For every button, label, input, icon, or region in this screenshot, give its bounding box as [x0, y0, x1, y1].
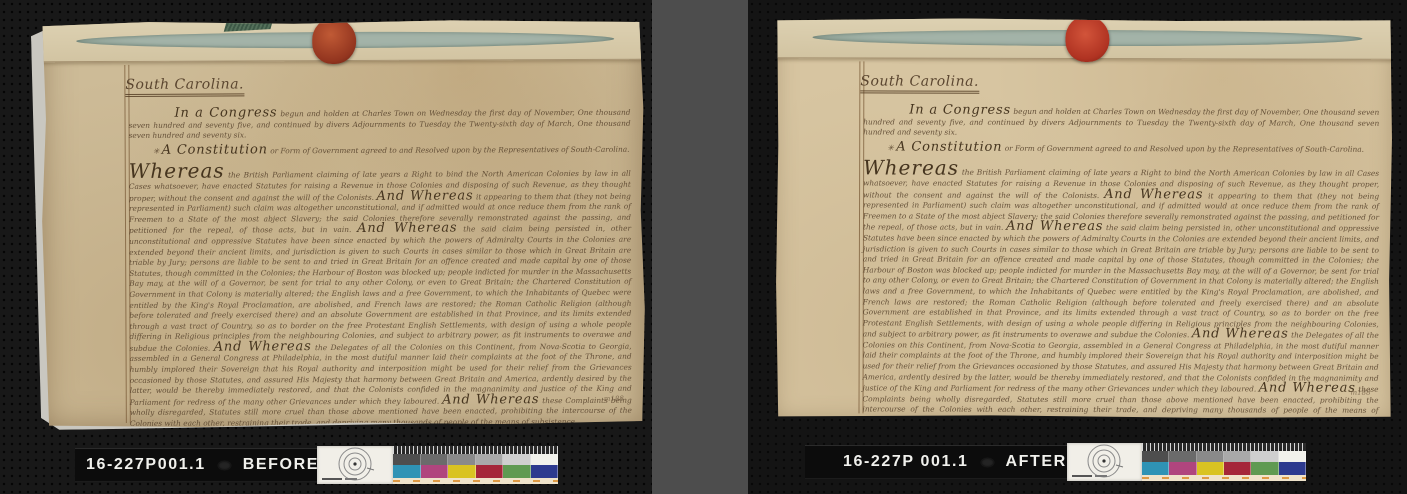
constitution-line: ✳ A Constitution or Form of Government a… [863, 142, 1379, 155]
focus-target-card [1067, 443, 1142, 481]
focus-target-icon [317, 446, 393, 484]
after-panel: South Carolina. In a Congress begun and … [748, 0, 1407, 494]
scale-patch [1169, 462, 1196, 475]
manuscript-segment: And Whereas [214, 339, 312, 354]
color-scale-card [393, 446, 558, 484]
manuscript-segment: ✳ [887, 143, 894, 152]
manuscript-segment: And Whereas [442, 392, 539, 407]
gray-scale-row [393, 454, 558, 465]
top-fold-strip [775, 17, 1393, 60]
preamble-paragraph: Whereas the British Parliament claiming … [129, 164, 632, 429]
manuscript-segment: ✳ [153, 147, 160, 156]
scale-patch [1197, 451, 1224, 462]
scale-patch [448, 465, 476, 478]
opening-paragraph: In a Congress begun and holden at Charle… [863, 105, 1379, 139]
manuscript-area: South Carolina. In a Congress begun and … [862, 65, 1379, 412]
scale-patch [1142, 451, 1169, 462]
gray-scale-row [1142, 451, 1306, 462]
document-after: South Carolina. In a Congress begun and … [774, 17, 1393, 421]
scale-patch [1197, 462, 1224, 475]
focus-target-card [317, 446, 393, 484]
scale-patch [503, 465, 531, 478]
label-strip: 16-227P 001.1 AFTER [805, 445, 1067, 479]
scale-patch [1251, 451, 1278, 462]
document-heading: South Carolina. [125, 76, 244, 97]
manuscript-segment: the said claim being persisted in, other… [863, 223, 1379, 339]
manuscript-segment: And Whereas [376, 188, 473, 203]
document-before: South Carolina. In a Congress begun and … [40, 19, 646, 430]
wax-seal-icon [312, 18, 356, 64]
label-strip: 16-227P001.1 BEFORE [75, 448, 317, 482]
constitution-line: ✳ A Constitution or Form of Government a… [129, 144, 631, 158]
scale-patch [1169, 451, 1196, 462]
cream-ruler-strip [393, 478, 558, 484]
photo-label-bar-after: 16-227P 001.1 AFTER [805, 443, 1306, 481]
label-knob [218, 461, 231, 470]
manuscript-segment: And Whereas [1259, 381, 1356, 396]
manuscript-area: South Carolina. In a Congress begun and … [128, 67, 632, 421]
scale-patch [476, 465, 504, 478]
scale-patch [393, 454, 421, 465]
accession-number: 16-227P001.1 [86, 456, 206, 474]
top-fold-strip [40, 19, 644, 63]
manuscript-segment: the said claim being persisted in, other… [129, 224, 631, 353]
scale-patch [1279, 451, 1306, 462]
document-heading: South Carolina. [860, 73, 979, 93]
ruler-ticks [393, 446, 558, 454]
manuscript-segment: And Whereas [1104, 187, 1203, 202]
conservation-before-after-photo: South Carolina. In a Congress begun and … [0, 0, 1407, 494]
accession-number: 16-227P 001.1 [843, 453, 969, 471]
manuscript-segment: or Form of Government agreed to and Reso… [270, 145, 629, 156]
preamble-paragraph: Whereas the British Parliament claiming … [862, 163, 1379, 428]
label-knob [981, 458, 994, 467]
photo-label-bar-before: 16-227P001.1 BEFORE [75, 446, 558, 484]
scale-patch [531, 465, 559, 478]
manuscript-segment: And Whereas [1006, 219, 1103, 234]
state-label: BEFORE [243, 456, 319, 474]
color-scale-card [1142, 443, 1306, 481]
color-patch-row [393, 465, 558, 478]
before-panel: South Carolina. In a Congress begun and … [0, 0, 652, 494]
manuscript-segment: Whereas [863, 156, 959, 180]
scale-patch [393, 465, 421, 478]
panel-divider [652, 0, 748, 494]
scale-patch [531, 454, 559, 465]
scale-patch [476, 454, 504, 465]
manuscript-segment: In a Congress [174, 105, 277, 120]
scale-patch [448, 454, 476, 465]
manuscript-segment: In a Congress [909, 103, 1011, 118]
scale-patch [503, 454, 531, 465]
manuscript-segment: or Form of Government agreed to and Reso… [1005, 144, 1364, 154]
green-tape-fragment [224, 14, 275, 32]
manuscript-segment: And Whereas [357, 221, 457, 236]
ruler-ticks [1142, 443, 1306, 451]
scale-patch [1279, 462, 1306, 475]
focus-target-icon [1067, 443, 1142, 481]
color-patch-row [1142, 462, 1306, 475]
scale-patch [1142, 462, 1169, 475]
scale-patch [421, 465, 449, 478]
manuscript-segment: A Constitution [896, 139, 1002, 154]
cream-ruler-strip [1142, 475, 1306, 481]
opening-paragraph: In a Congress begun and holden at Charle… [128, 107, 630, 142]
wax-seal-icon [1066, 16, 1110, 62]
scale-patch [1224, 451, 1251, 462]
state-label: AFTER [1006, 453, 1067, 471]
corner-notation: m188 [1351, 389, 1371, 397]
manuscript-segment: Whereas [129, 159, 225, 183]
corner-notation: m188 [604, 395, 624, 403]
scale-patch [1251, 462, 1278, 475]
scale-patch [1224, 462, 1251, 475]
manuscript-segment: A Constitution [162, 142, 268, 157]
scale-patch [421, 454, 449, 465]
manuscript-segment: And Whereas [1192, 327, 1289, 342]
